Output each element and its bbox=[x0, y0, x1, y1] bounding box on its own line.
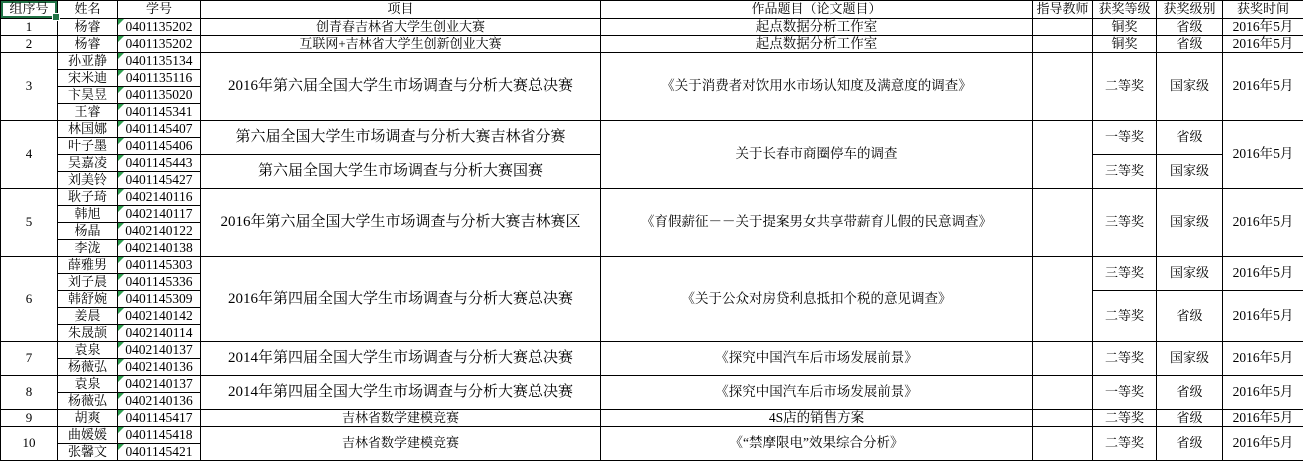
project-cell[interactable]: 2016年第六届全国大学生市场调查与分析大赛总决赛 bbox=[201, 53, 601, 121]
student-id-cell[interactable]: 0401135134 bbox=[118, 53, 201, 70]
column-header-award-grade[interactable]: 获奖等级 bbox=[1093, 1, 1157, 19]
work-title-cell[interactable]: 起点数据分析工作室 bbox=[601, 19, 1033, 36]
award-grade-cell[interactable]: 二等奖 bbox=[1093, 410, 1157, 427]
award-grade-cell[interactable]: 三等奖 bbox=[1093, 155, 1157, 189]
student-id-text: 0402140142 bbox=[125, 308, 193, 323]
name-cell[interactable]: 胡爽 bbox=[58, 410, 118, 427]
advisor-cell[interactable] bbox=[1033, 257, 1093, 342]
student-id-text: 0401135020 bbox=[126, 87, 193, 102]
award-grade-cell[interactable]: 一等奖 bbox=[1093, 376, 1157, 410]
student-id-text: 0401135202 bbox=[126, 36, 193, 51]
project-cell[interactable]: 互联网+吉林省大学生创新创业大赛 bbox=[201, 36, 601, 53]
student-id-text: 0402140122 bbox=[125, 223, 193, 238]
award-level-cell[interactable]: 国家级 bbox=[1157, 53, 1223, 121]
student-id-cell[interactable]: 0401145443 bbox=[118, 155, 201, 172]
project-cell[interactable]: 吉林省数学建模竞赛 bbox=[201, 410, 601, 427]
student-id-text: 0402140137 bbox=[125, 376, 193, 391]
work-title-cell[interactable]: 《探究中国汽车后市场发展前景》 bbox=[601, 342, 1033, 376]
award-level-cell[interactable]: 国家级 bbox=[1157, 189, 1223, 257]
award-level-cell[interactable]: 国家级 bbox=[1157, 342, 1223, 376]
group-no-cell[interactable]: 9 bbox=[1, 410, 58, 427]
name-cell[interactable]: 袁泉 bbox=[58, 376, 118, 393]
name-cell[interactable]: 韩舒婉 bbox=[58, 291, 118, 308]
student-id-cell[interactable]: 0401145421 bbox=[118, 444, 201, 461]
table-row: 4 林国娜 0401145407 第六届全国大学生市场调查与分析大赛吉林省分赛 … bbox=[1, 121, 1303, 138]
project-cell[interactable]: 2014年第四届全国大学生市场调查与分析大赛总决赛 bbox=[201, 376, 601, 410]
work-title-cell[interactable]: 《探究中国汽车后市场发展前景》 bbox=[601, 376, 1033, 410]
error-indicator-triangle-icon bbox=[118, 138, 124, 144]
error-indicator-triangle-icon bbox=[118, 155, 124, 161]
table-row: 8 袁泉 0402140137 2014年第四届全国大学生市场调查与分析大赛总决… bbox=[1, 376, 1303, 393]
student-id-cell[interactable]: 0401145341 bbox=[118, 104, 201, 121]
student-id-text: 0402140138 bbox=[125, 240, 193, 255]
column-header-work-title[interactable]: 作品题目（论文题目） bbox=[601, 1, 1033, 19]
award-grade-cell[interactable]: 二等奖 bbox=[1093, 53, 1157, 121]
student-id-cell[interactable]: 0402140136 bbox=[118, 393, 201, 410]
error-indicator-triangle-icon bbox=[118, 104, 124, 110]
student-id-cell[interactable]: 0401145407 bbox=[118, 121, 201, 138]
error-indicator-triangle-icon bbox=[118, 410, 124, 416]
award-time-cell[interactable]: 2016年5月 bbox=[1223, 36, 1303, 53]
award-level-cell[interactable]: 省级 bbox=[1157, 410, 1223, 427]
column-header-award-level[interactable]: 获奖级别 bbox=[1157, 1, 1223, 19]
name-cell[interactable]: 杨睿 bbox=[58, 19, 118, 36]
project-cell[interactable]: 第六届全国大学生市场调查与分析大赛吉林省分赛 bbox=[201, 121, 601, 155]
table-row: 5 耿子琦 0402140116 2016年第六届全国大学生市场调查与分析大赛吉… bbox=[1, 189, 1303, 206]
student-id-text: 0401145417 bbox=[126, 410, 193, 425]
award-level-cell[interactable]: 省级 bbox=[1157, 36, 1223, 53]
name-cell[interactable]: 卞昊昱 bbox=[58, 87, 118, 104]
name-cell[interactable]: 叶子墨 bbox=[58, 138, 118, 155]
student-id-cell[interactable]: 0402140117 bbox=[118, 206, 201, 223]
name-cell[interactable]: 杨薇弘 bbox=[58, 359, 118, 376]
name-cell[interactable]: 杨睿 bbox=[58, 36, 118, 53]
work-title-cell[interactable]: 起点数据分析工作室 bbox=[601, 36, 1033, 53]
group-no-cell[interactable]: 6 bbox=[1, 257, 58, 342]
award-grade-cell[interactable]: 二等奖 bbox=[1093, 342, 1157, 376]
student-id-cell[interactable]: 0401145418 bbox=[118, 427, 201, 444]
advisor-cell[interactable] bbox=[1033, 121, 1093, 189]
error-indicator-triangle-icon bbox=[118, 274, 124, 280]
error-indicator-triangle-icon bbox=[118, 427, 124, 433]
student-id-cell[interactable]: 0402140138 bbox=[118, 240, 201, 257]
award-grade-cell[interactable]: 二等奖 bbox=[1093, 291, 1157, 342]
name-cell[interactable]: 吴嘉凌 bbox=[58, 155, 118, 172]
student-id-text: 0402140137 bbox=[125, 342, 193, 357]
student-id-cell[interactable]: 0401135020 bbox=[118, 87, 201, 104]
project-cell[interactable]: 创青春吉林省大学生创业大赛 bbox=[201, 19, 601, 36]
student-id-cell[interactable]: 0401135202 bbox=[118, 36, 201, 53]
name-cell[interactable]: 朱晟颉 bbox=[58, 325, 118, 342]
error-indicator-triangle-icon bbox=[118, 206, 124, 212]
table-row: 7 袁泉 0402140137 2014年第四届全国大学生市场调查与分析大赛总决… bbox=[1, 342, 1303, 359]
student-id-text: 0402140117 bbox=[126, 206, 193, 221]
name-cell[interactable]: 耿子琦 bbox=[58, 189, 118, 206]
project-cell[interactable]: 第六届全国大学生市场调查与分析大赛国赛 bbox=[201, 155, 601, 189]
student-id-text: 0401145407 bbox=[126, 121, 193, 136]
column-header-group-no[interactable]: 组序号 bbox=[1, 1, 58, 19]
column-header-project[interactable]: 项目 bbox=[201, 1, 601, 19]
awards-table: 组序号 姓名 学号 项目 作品题目（论文题目） 指导教师 获奖等级 获奖级别 获… bbox=[0, 0, 1303, 461]
award-time-cell[interactable]: 2016年5月 bbox=[1223, 53, 1303, 121]
student-id-text: 0401145443 bbox=[126, 155, 193, 170]
group-no-cell[interactable]: 5 bbox=[1, 189, 58, 257]
student-id-cell[interactable]: 0401145417 bbox=[118, 410, 201, 427]
student-id-cell[interactable]: 0402140114 bbox=[118, 325, 201, 342]
error-indicator-triangle-icon bbox=[118, 291, 124, 297]
award-level-cell[interactable]: 省级 bbox=[1157, 376, 1223, 410]
error-indicator-triangle-icon bbox=[118, 308, 124, 314]
award-grade-cell[interactable]: 铜奖 bbox=[1093, 19, 1157, 36]
award-level-cell[interactable]: 国家级 bbox=[1157, 257, 1223, 291]
advisor-cell[interactable] bbox=[1033, 376, 1093, 410]
work-title-cell[interactable]: 关于长春市商圈停车的调查 bbox=[601, 121, 1033, 189]
spreadsheet-area: 组序号 姓名 学号 项目 作品题目（论文题目） 指导教师 获奖等级 获奖级别 获… bbox=[0, 0, 1303, 461]
advisor-cell[interactable] bbox=[1033, 427, 1093, 461]
advisor-cell[interactable] bbox=[1033, 19, 1093, 36]
group-no-cell[interactable]: 4 bbox=[1, 121, 58, 189]
work-title-cell[interactable]: 《育假薪征－－关于提案男女共享带薪育儿假的民意调查》 bbox=[601, 189, 1033, 257]
student-id-text: 0401135202 bbox=[126, 19, 193, 34]
project-cell[interactable]: 吉林省数学建模竞赛 bbox=[201, 427, 601, 461]
group-no-cell[interactable]: 2 bbox=[1, 36, 58, 53]
award-grade-cell[interactable]: 三等奖 bbox=[1093, 257, 1157, 291]
student-id-cell[interactable]: 0401135202 bbox=[118, 19, 201, 36]
error-indicator-triangle-icon bbox=[118, 53, 124, 59]
award-level-cell[interactable]: 省级 bbox=[1157, 121, 1223, 155]
student-id-cell[interactable]: 0401145427 bbox=[118, 172, 201, 189]
award-time-cell[interactable]: 2016年5月 bbox=[1223, 342, 1303, 376]
award-time-cell[interactable]: 2016年5月 bbox=[1223, 121, 1303, 189]
name-cell[interactable]: 宋米迪 bbox=[58, 70, 118, 87]
name-cell[interactable]: 刘子晨 bbox=[58, 274, 118, 291]
project-cell[interactable]: 2016年第四届全国大学生市场调查与分析大赛总决赛 bbox=[201, 257, 601, 342]
award-time-cell[interactable]: 2016年5月 bbox=[1223, 257, 1303, 291]
name-cell[interactable]: 王睿 bbox=[58, 104, 118, 121]
error-indicator-triangle-icon bbox=[118, 240, 124, 246]
group-no-cell[interactable]: 1 bbox=[1, 19, 58, 36]
award-grade-cell[interactable]: 铜奖 bbox=[1093, 36, 1157, 53]
group-no-cell[interactable]: 8 bbox=[1, 376, 58, 410]
error-indicator-triangle-icon bbox=[118, 376, 124, 382]
name-cell[interactable]: 刘美铃 bbox=[58, 172, 118, 189]
student-id-cell[interactable]: 0402140137 bbox=[118, 376, 201, 393]
award-level-cell[interactable]: 省级 bbox=[1157, 291, 1223, 342]
name-cell[interactable]: 姜晨 bbox=[58, 308, 118, 325]
student-id-text: 0402140116 bbox=[126, 189, 193, 204]
table-row: 3 孙亚静 0401135134 2016年第六届全国大学生市场调查与分析大赛总… bbox=[1, 53, 1303, 70]
error-indicator-triangle-icon bbox=[118, 172, 124, 178]
name-cell[interactable]: 张馨文 bbox=[58, 444, 118, 461]
error-indicator-triangle-icon bbox=[118, 342, 124, 348]
student-id-cell[interactable]: 0401135116 bbox=[118, 70, 201, 87]
student-id-text: 0401135134 bbox=[126, 53, 193, 68]
student-id-text: 0401145418 bbox=[126, 427, 193, 442]
project-cell[interactable]: 2014年第四届全国大学生市场调查与分析大赛总决赛 bbox=[201, 342, 601, 376]
error-indicator-triangle-icon bbox=[118, 70, 124, 76]
student-id-text: 0402140114 bbox=[126, 325, 193, 340]
table-row: 10 曲媛媛 0401145418 吉林省数学建模竞赛 《“禁摩限电”效果综合分… bbox=[1, 427, 1303, 444]
award-grade-cell[interactable]: 三等奖 bbox=[1093, 189, 1157, 257]
student-id-text: 0402140136 bbox=[125, 393, 193, 408]
student-id-cell[interactable]: 0401145309 bbox=[118, 291, 201, 308]
student-id-cell[interactable]: 0401145303 bbox=[118, 257, 201, 274]
error-indicator-triangle-icon bbox=[118, 19, 124, 25]
award-time-cell[interactable]: 2016年5月 bbox=[1223, 376, 1303, 410]
student-id-cell[interactable]: 0401145336 bbox=[118, 274, 201, 291]
table-row: 6 薛雅男 0401145303 2016年第四届全国大学生市场调查与分析大赛总… bbox=[1, 257, 1303, 274]
student-id-text: 0401145406 bbox=[126, 138, 193, 153]
error-indicator-triangle-icon bbox=[118, 87, 124, 93]
name-cell[interactable]: 袁泉 bbox=[58, 342, 118, 359]
error-indicator-triangle-icon bbox=[118, 189, 124, 195]
award-level-cell[interactable]: 省级 bbox=[1157, 19, 1223, 36]
award-level-cell[interactable]: 国家级 bbox=[1157, 155, 1223, 189]
work-title-cell[interactable]: 《关于公众对房贷利息抵扣个税的意见调查》 bbox=[601, 257, 1033, 342]
award-time-cell[interactable]: 2016年5月 bbox=[1223, 427, 1303, 461]
award-time-cell[interactable]: 2016年5月 bbox=[1223, 410, 1303, 427]
award-level-cell[interactable]: 省级 bbox=[1157, 427, 1223, 461]
error-indicator-triangle-icon bbox=[118, 325, 124, 331]
student-id-cell[interactable]: 0402140136 bbox=[118, 359, 201, 376]
work-title-cell[interactable]: 4S店的销售方案 bbox=[601, 410, 1033, 427]
error-indicator-triangle-icon bbox=[118, 359, 124, 365]
work-title-cell[interactable]: 《关于消费者对饮用水市场认知度及满意度的调查》 bbox=[601, 53, 1033, 121]
award-grade-cell[interactable]: 二等奖 bbox=[1093, 427, 1157, 461]
error-indicator-triangle-icon bbox=[118, 444, 124, 450]
student-id-cell[interactable]: 0402140137 bbox=[118, 342, 201, 359]
column-header-name[interactable]: 姓名 bbox=[58, 1, 118, 19]
award-time-cell[interactable]: 2016年5月 bbox=[1223, 189, 1303, 257]
student-id-text: 0401145341 bbox=[126, 104, 193, 119]
student-id-cell[interactable]: 0401145406 bbox=[118, 138, 201, 155]
header-row: 组序号 姓名 学号 项目 作品题目（论文题目） 指导教师 获奖等级 获奖级别 获… bbox=[1, 1, 1303, 19]
project-cell[interactable]: 2016年第六届全国大学生市场调查与分析大赛吉林赛区 bbox=[201, 189, 601, 257]
column-header-advisor[interactable]: 指导教师 bbox=[1033, 1, 1093, 19]
table-row: 2 杨睿 0401135202 互联网+吉林省大学生创新创业大赛 起点数据分析工… bbox=[1, 36, 1303, 53]
table-row: 9 胡爽 0401145417 吉林省数学建模竞赛 4S店的销售方案 二等奖 省… bbox=[1, 410, 1303, 427]
student-id-text: 0401135116 bbox=[126, 70, 193, 85]
group-no-cell[interactable]: 10 bbox=[1, 427, 58, 461]
advisor-cell[interactable] bbox=[1033, 53, 1093, 121]
group-no-cell[interactable]: 3 bbox=[1, 53, 58, 121]
work-title-cell[interactable]: 《“禁摩限电”效果综合分析》 bbox=[601, 427, 1033, 461]
award-grade-cell[interactable]: 一等奖 bbox=[1093, 121, 1157, 155]
student-id-text: 0401145421 bbox=[126, 444, 193, 459]
student-id-text: 0402140136 bbox=[125, 359, 193, 374]
student-id-text: 0401145336 bbox=[126, 274, 193, 289]
advisor-cell[interactable] bbox=[1033, 189, 1093, 257]
name-cell[interactable]: 李泷 bbox=[58, 240, 118, 257]
student-id-text: 0401145427 bbox=[126, 172, 193, 187]
column-header-award-time[interactable]: 获奖时间 bbox=[1223, 1, 1303, 19]
advisor-cell[interactable] bbox=[1033, 36, 1093, 53]
award-time-cell[interactable]: 2016年5月 bbox=[1223, 291, 1303, 342]
error-indicator-triangle-icon bbox=[118, 36, 124, 42]
student-id-cell[interactable]: 0402140142 bbox=[118, 308, 201, 325]
error-indicator-triangle-icon bbox=[118, 393, 124, 399]
student-id-text: 0401145303 bbox=[126, 257, 193, 272]
error-indicator-triangle-icon bbox=[118, 223, 124, 229]
name-cell[interactable]: 林国娜 bbox=[58, 121, 118, 138]
award-time-cell[interactable]: 2016年5月 bbox=[1223, 19, 1303, 36]
student-id-cell[interactable]: 0402140116 bbox=[118, 189, 201, 206]
column-header-student-id[interactable]: 学号 bbox=[118, 1, 201, 19]
name-cell[interactable]: 孙亚静 bbox=[58, 53, 118, 70]
table-row: 1 杨睿 0401135202 创青春吉林省大学生创业大赛 起点数据分析工作室 … bbox=[1, 19, 1303, 36]
error-indicator-triangle-icon bbox=[118, 121, 124, 127]
advisor-cell[interactable] bbox=[1033, 342, 1093, 376]
student-id-cell[interactable]: 0402140122 bbox=[118, 223, 201, 240]
student-id-text: 0401145309 bbox=[126, 291, 193, 306]
group-no-cell[interactable]: 7 bbox=[1, 342, 58, 376]
error-indicator-triangle-icon bbox=[118, 257, 124, 263]
advisor-cell[interactable] bbox=[1033, 410, 1093, 427]
name-cell[interactable]: 薛雅男 bbox=[58, 257, 118, 274]
name-cell[interactable]: 杨薇弘 bbox=[58, 393, 118, 410]
name-cell[interactable]: 曲媛媛 bbox=[58, 427, 118, 444]
name-cell[interactable]: 韩旭 bbox=[58, 206, 118, 223]
name-cell[interactable]: 杨晶 bbox=[58, 223, 118, 240]
